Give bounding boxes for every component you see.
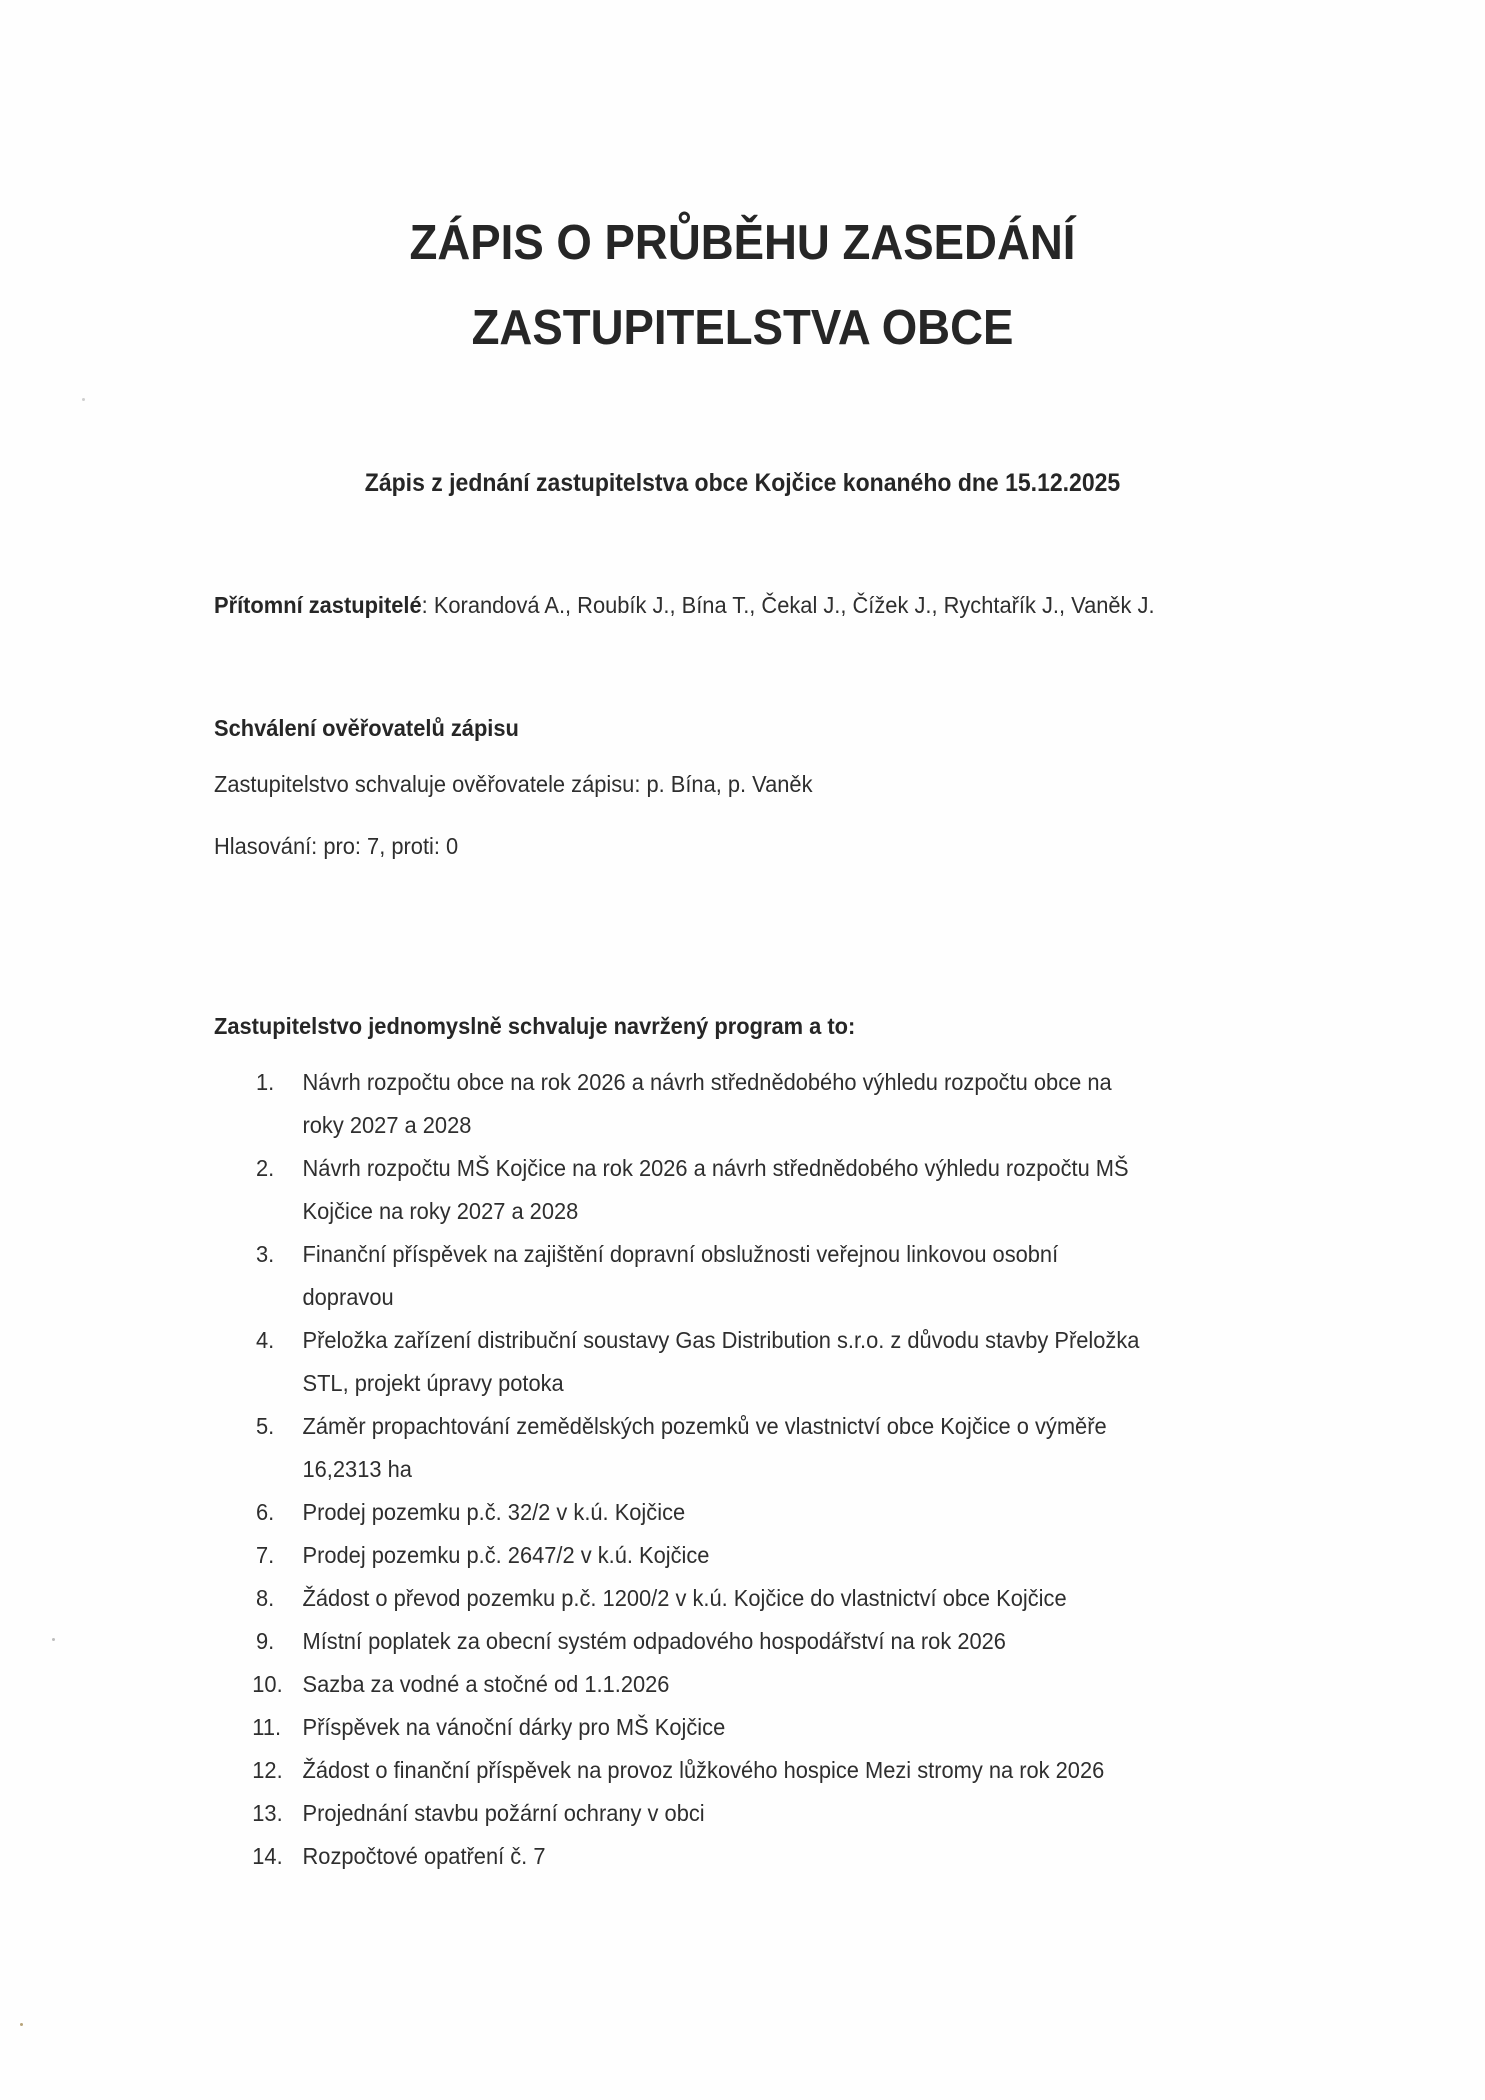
program-item-number: 8.: [256, 1577, 274, 1620]
program-item-number: 2.: [256, 1147, 274, 1190]
present-members-names: Korandová A., Roubík J., Bína T., Čekal …: [434, 592, 1155, 618]
program-item-text: Místní poplatek za obecní systém odpadov…: [303, 1620, 1140, 1663]
program-item-text: 16,2313 ha: [303, 1448, 1140, 1491]
verifiers-text: Zastupitelstvo schvaluje ověřovatele záp…: [214, 771, 813, 798]
meeting-subtitle: Zápis z jednání zastupitelstva obce Kojč…: [59, 469, 1425, 498]
verifiers-vote: Hlasování: pro: 7, proti: 0: [214, 833, 458, 860]
program-item: 11.Příspěvek na vánoční dárky pro MŠ Koj…: [256, 1706, 1139, 1749]
program-item-number: 11.: [252, 1706, 281, 1749]
verifiers-heading: Schválení ověřovatelů zápisu: [214, 715, 519, 742]
program-item-text: Návrh rozpočtu MŠ Kojčice na rok 2026 a …: [303, 1147, 1140, 1190]
program-item-number: 12.: [252, 1749, 282, 1792]
program-item-number: 5.: [256, 1405, 274, 1448]
program-item: 8.Žádost o převod pozemku p.č. 1200/2 v …: [256, 1577, 1139, 1620]
scan-speck: [52, 1638, 55, 1641]
program-item-number: 7.: [256, 1534, 274, 1577]
program-item: 5.Záměr propachtování zemědělských pozem…: [256, 1405, 1139, 1491]
program-item-text: Prodej pozemku p.č. 2647/2 v k.ú. Kojčic…: [303, 1534, 1140, 1577]
program-item: 4.Přeložka zařízení distribuční soustavy…: [256, 1319, 1139, 1405]
program-item-number: 9.: [256, 1620, 274, 1663]
program-item-number: 1.: [256, 1061, 274, 1104]
program-item: 9.Místní poplatek za obecní systém odpad…: [256, 1620, 1139, 1663]
scan-speck: [82, 398, 85, 401]
program-item: 14.Rozpočtové opatření č. 7: [256, 1835, 1139, 1878]
document-page: ZÁPIS O PRŮBĚHU ZASEDÁNÍ ZASTUPITELSTVA …: [0, 0, 1485, 2100]
program-item-text: Příspěvek na vánoční dárky pro MŠ Kojčic…: [303, 1706, 1140, 1749]
program-item: 6.Prodej pozemku p.č. 32/2 v k.ú. Kojčic…: [256, 1491, 1139, 1534]
program-item-number: 3.: [256, 1233, 274, 1276]
program-item-text: Projednání stavbu požární ochrany v obci: [303, 1792, 1140, 1835]
program-item-text: Záměr propachtování zemědělských pozemků…: [303, 1405, 1140, 1448]
program-list: 1.Návrh rozpočtu obce na rok 2026 a návr…: [256, 1061, 1139, 1878]
program-item: 3.Finanční příspěvek na zajištění doprav…: [256, 1233, 1139, 1319]
present-members-label: Přítomní zastupitelé: [214, 592, 422, 618]
program-heading: Zastupitelstvo jednomyslně schvaluje nav…: [214, 1013, 855, 1040]
program-item: 13.Projednání stavbu požární ochrany v o…: [256, 1792, 1139, 1835]
program-item-text: Žádost o převod pozemku p.č. 1200/2 v k.…: [303, 1577, 1140, 1620]
program-item: 2.Návrh rozpočtu MŠ Kojčice na rok 2026 …: [256, 1147, 1139, 1233]
program-item-text: Prodej pozemku p.č. 32/2 v k.ú. Kojčice: [303, 1491, 1140, 1534]
program-item-text: roky 2027 a 2028: [303, 1104, 1140, 1147]
present-members-separator: :: [422, 592, 434, 618]
program-item-number: 4.: [256, 1319, 274, 1362]
document-title-line-1: ZÁPIS O PRŮBĚHU ZASEDÁNÍ: [52, 219, 1433, 268]
program-item: 7.Prodej pozemku p.č. 2647/2 v k.ú. Kojč…: [256, 1534, 1139, 1577]
program-item: 12.Žádost o finanční příspěvek na provoz…: [256, 1749, 1139, 1792]
program-item: 10.Sazba za vodné a stočné od 1.1.2026: [256, 1663, 1139, 1706]
program-item-text: Sazba za vodné a stočné od 1.1.2026: [303, 1663, 1140, 1706]
program-item-text: Kojčice na roky 2027 a 2028: [303, 1190, 1140, 1233]
program-item-text: Rozpočtové opatření č. 7: [303, 1835, 1140, 1878]
program-item-text: Žádost o finanční příspěvek na provoz lů…: [303, 1749, 1140, 1792]
program-item-text: Finanční příspěvek na zajištění dopravní…: [303, 1233, 1140, 1276]
program-item-text: dopravou: [303, 1276, 1140, 1319]
document-title-line-2: ZASTUPITELSTVA OBCE: [52, 304, 1433, 353]
program-item-number: 13.: [252, 1792, 282, 1835]
present-members: Přítomní zastupitelé: Korandová A., Roub…: [214, 592, 1155, 619]
program-item-number: 6.: [256, 1491, 274, 1534]
program-item-number: 14.: [252, 1835, 282, 1878]
program-item-text: Návrh rozpočtu obce na rok 2026 a návrh …: [303, 1061, 1140, 1104]
program-item-text: STL, projekt úpravy potoka: [303, 1362, 1140, 1405]
program-item-number: 10.: [252, 1663, 282, 1706]
program-item: 1.Návrh rozpočtu obce na rok 2026 a návr…: [256, 1061, 1139, 1147]
program-item-text: Přeložka zařízení distribuční soustavy G…: [303, 1319, 1140, 1362]
scan-speck: [20, 2023, 23, 2026]
